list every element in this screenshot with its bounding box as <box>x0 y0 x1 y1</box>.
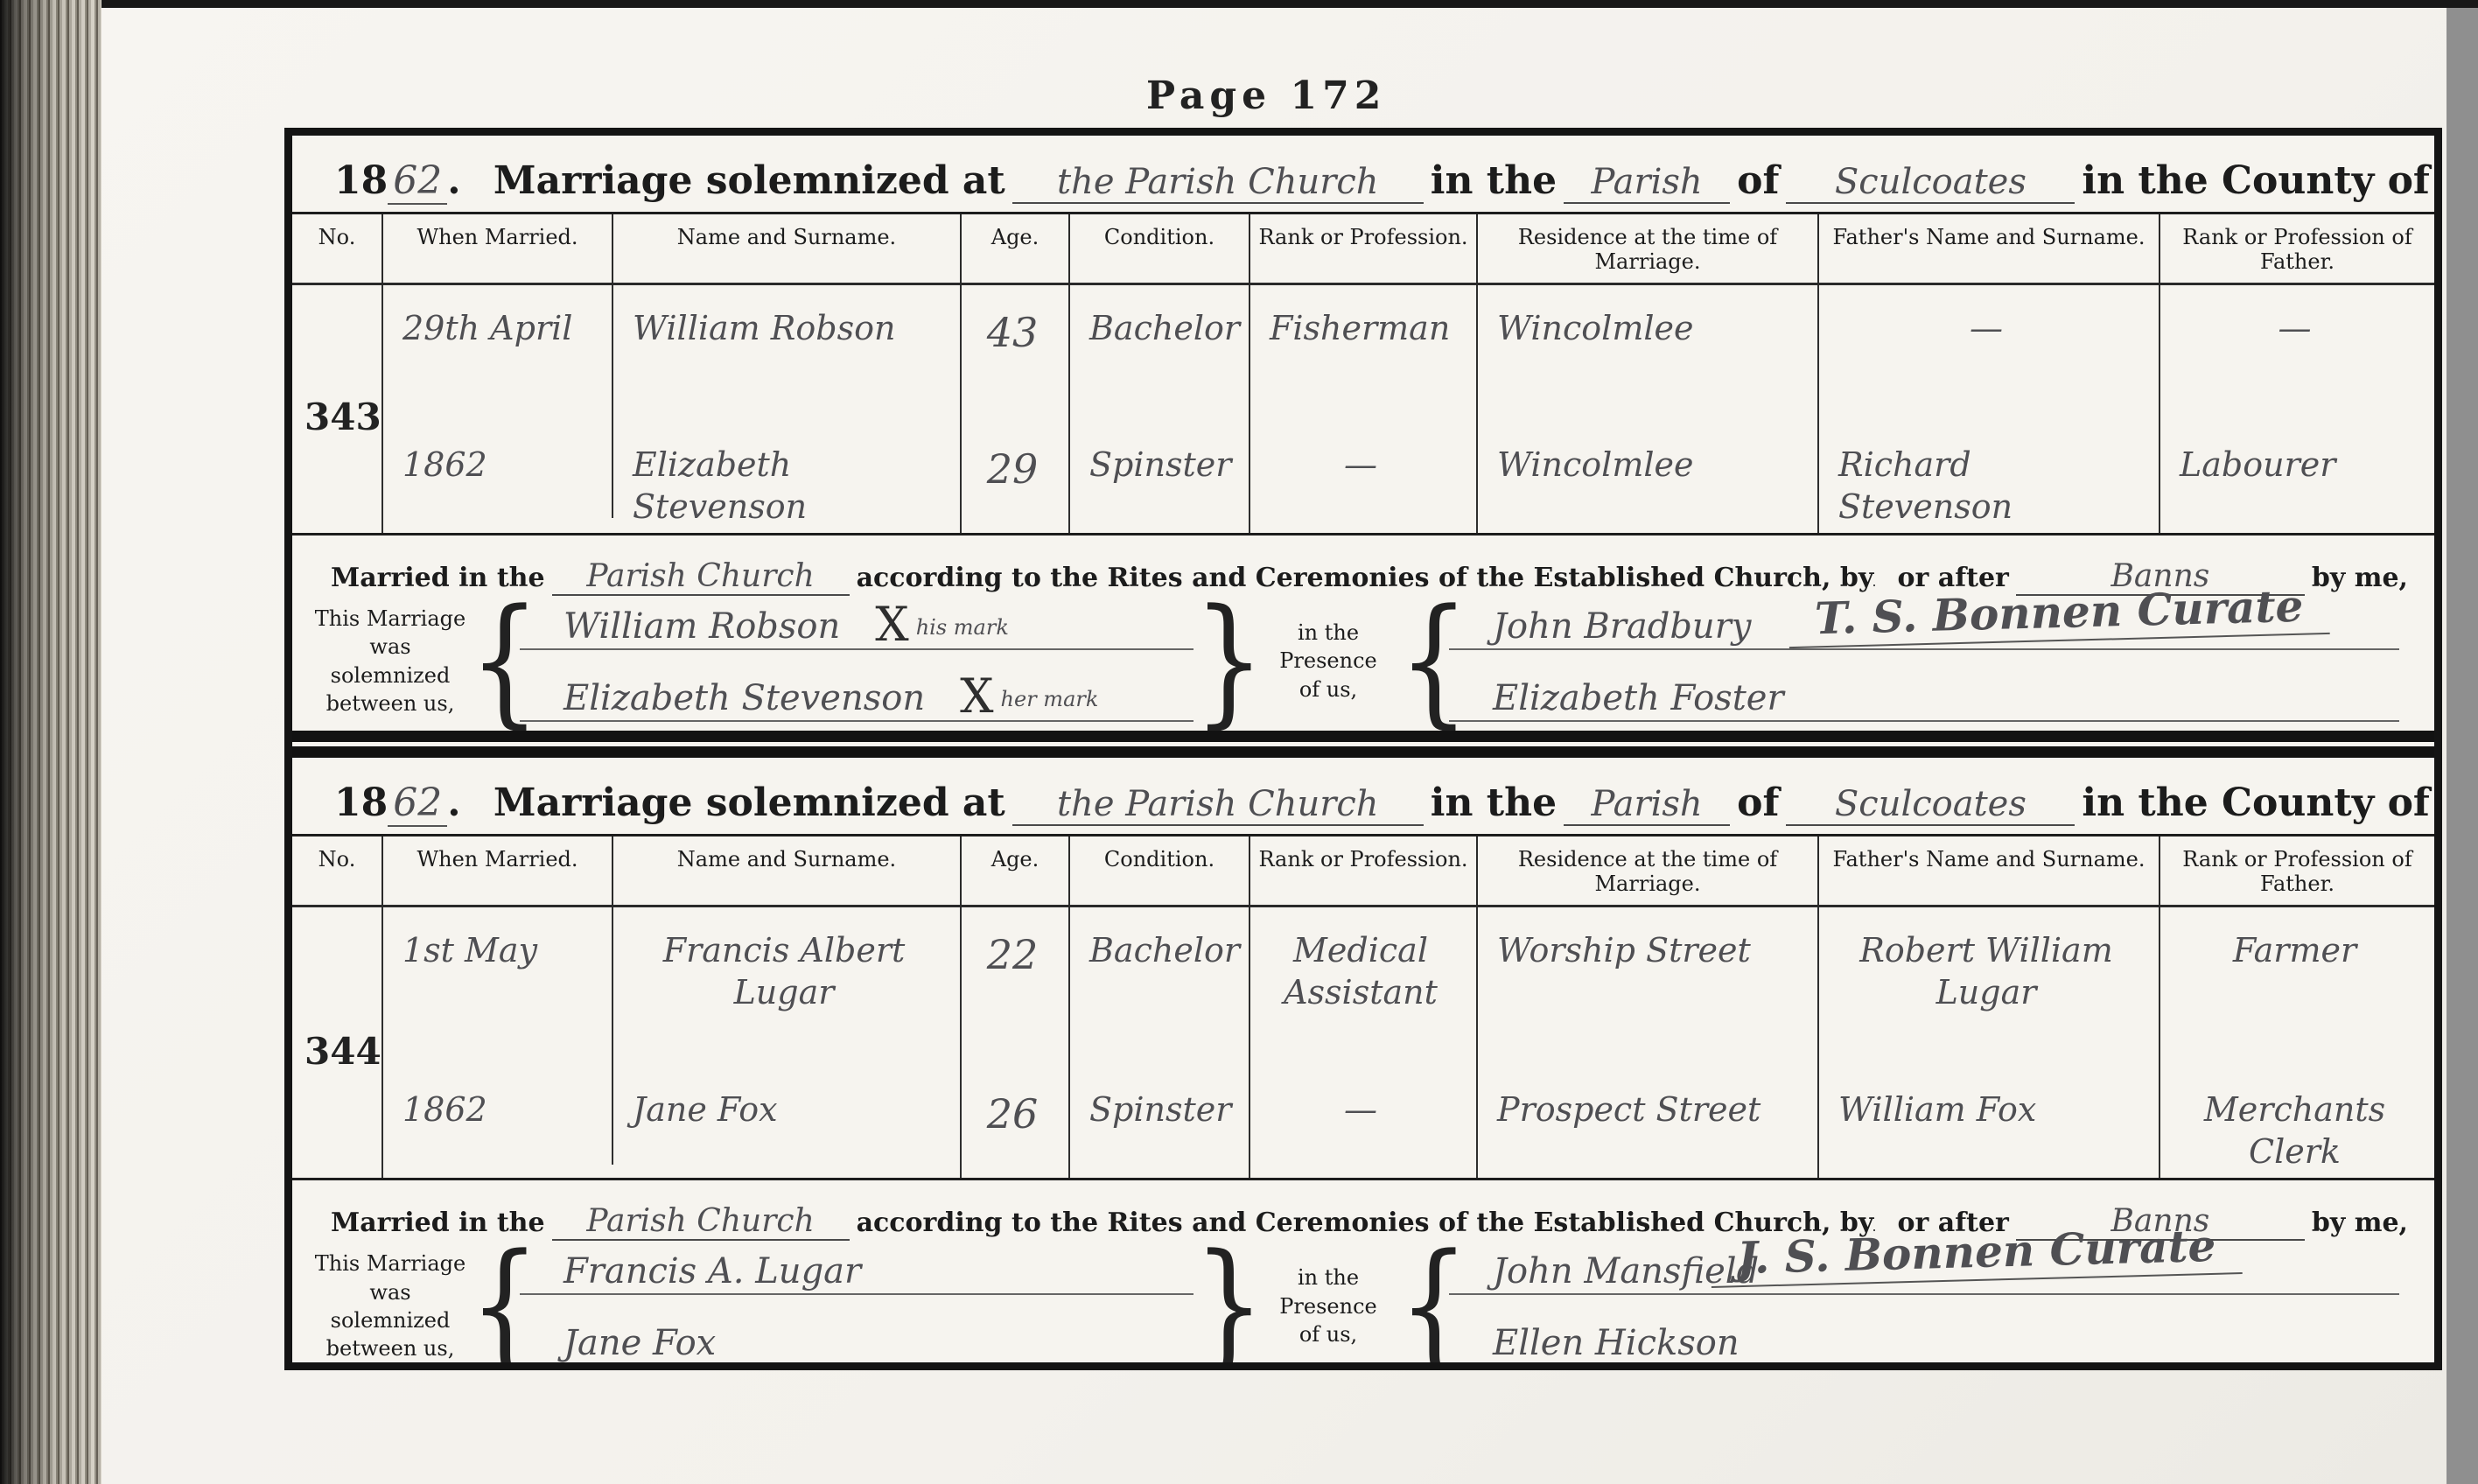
groom-name: William Robson <box>613 285 962 409</box>
groom-father: — <box>1819 285 2160 409</box>
column-header-age: Age. <box>962 836 1070 907</box>
column-header-when-married: When Married. <box>383 214 613 285</box>
groom-father: Robert William Lugar <box>1819 907 2160 1054</box>
by-blank <box>1873 584 1874 586</box>
bride-age: 29 <box>962 409 1070 533</box>
parish-word-handwritten: Parish <box>1564 784 1730 826</box>
presence-l3: of us, <box>1258 675 1398 703</box>
document-scan: Page 172 1862. Marriage solemnized at th… <box>0 0 2478 1484</box>
this-marriage-l3: between us, <box>311 1334 469 1362</box>
bride-father-rank: Merchants Clerk <box>2160 1054 2434 1178</box>
groom-when-married: 1st May <box>383 907 613 1054</box>
witness-2-signature: Ellen Hickson <box>1493 1323 1739 1362</box>
brace-left-2: { <box>1398 579 1449 731</box>
entry-number: 344 <box>292 907 383 1178</box>
year-handwritten: 62 <box>388 158 447 205</box>
column-header-residence: Residence at the time of Marriage. <box>1478 836 1819 907</box>
in-the-label: in the <box>1431 158 1557 203</box>
column-header-no: No. <box>292 214 383 285</box>
witness-1-signature: John Bradbury <box>1493 606 1751 647</box>
column-header-rank: Rank or Profession. <box>1250 836 1478 907</box>
this-marriage-label: This Marriage was solemnized between us, <box>311 1249 469 1362</box>
presence-l1: in the <box>1258 1263 1398 1291</box>
bride-residence: Wincolmlee <box>1478 409 1819 533</box>
groom-mark: X his mark <box>875 604 1009 647</box>
bride-when-married: 1862 <box>383 409 613 518</box>
presence-l3: of us, <box>1258 1320 1398 1348</box>
married-place-handwritten: Parish Church <box>552 558 850 596</box>
register-frame: 1862. Marriage solemnized at the Parish … <box>284 128 2442 1370</box>
column-header-residence: Residence at the time of Marriage. <box>1478 214 1819 285</box>
brace-right: } <box>1193 1225 1258 1362</box>
place-handwritten: the Parish Church <box>1012 784 1424 826</box>
in-the-label: in the <box>1431 780 1557 825</box>
column-header-when-married: When Married. <box>383 836 613 907</box>
year-handwritten: 62 <box>388 780 447 827</box>
rites-label: according to the Rites and Ceremonies of… <box>857 563 1874 593</box>
column-header-no: No. <box>292 836 383 907</box>
bride-residence: Prospect Street <box>1478 1054 1819 1178</box>
groom-father-rank: Farmer <box>2160 907 2434 1054</box>
mark-caption: his mark <box>916 615 1009 647</box>
witness-2-line: Elizabeth Foster <box>1449 673 2399 722</box>
bride-when-married: 1862 <box>383 1054 613 1165</box>
this-marriage-l3: between us, <box>311 689 469 717</box>
book-top-edge <box>0 0 2478 8</box>
column-header-father-rank: Rank or Profession of Father. <box>2160 214 2434 285</box>
record-divider <box>292 731 2434 758</box>
record-heading: 1862. Marriage solemnized at the Parish … <box>292 136 2434 212</box>
bride-signature-line: Elizabeth Stevenson X her mark <box>520 673 1193 722</box>
bride-condition: Spinster <box>1070 1054 1250 1178</box>
bride-mark: X her mark <box>960 675 1098 718</box>
groom-age: 22 <box>962 907 1070 1054</box>
column-header-condition: Condition. <box>1070 214 1250 285</box>
column-header-condition: Condition. <box>1070 836 1250 907</box>
this-marriage-l1: This Marriage <box>311 1249 469 1277</box>
divider-bar-bottom <box>292 746 2434 758</box>
column-header-name-surname: Name and Surname. <box>613 214 962 285</box>
bride-condition: Spinster <box>1070 409 1250 533</box>
year-prefix: 18 <box>334 780 388 825</box>
bride-father: Richard Stevenson <box>1819 409 2160 533</box>
county-of-label: in the County of <box>2082 158 2429 203</box>
mark-caption: her mark <box>1001 687 1099 718</box>
groom-signature-line: Francis A. Lugar <box>520 1246 1193 1295</box>
bride-signature: Jane Fox <box>563 1323 716 1362</box>
presence-l1: in the <box>1258 619 1398 647</box>
groom-age: 43 <box>962 285 1070 409</box>
county-of-label: in the County of <box>2082 780 2429 825</box>
groom-signature: Francis A. Lugar <box>563 1251 861 1291</box>
groom-condition: Bachelor <box>1070 907 1250 1054</box>
bride-age: 26 <box>962 1054 1070 1178</box>
marriage-record-343: 1862. Marriage solemnized at the Parish … <box>292 136 2434 731</box>
book-spine-page-edges <box>0 0 101 1484</box>
bride-rank: — <box>1250 1054 1478 1178</box>
bride-father: William Fox <box>1819 1054 2160 1178</box>
column-header-father: Father's Name and Surname. <box>1819 214 2160 285</box>
groom-signature-line: William Robson X his mark <box>520 601 1193 650</box>
solemnized-label: . Marriage solemnized at <box>447 158 1005 203</box>
spouse-signatures: William Robson X his mark Elizabeth Stev… <box>520 601 1193 722</box>
married-in-line: Married in the Parish Church according t… <box>292 535 2434 596</box>
parish-name-handwritten: Sculcoates <box>1786 784 2075 826</box>
presence-l2: Presence <box>1258 1292 1398 1320</box>
column-header-name-surname: Name and Surname. <box>613 836 962 907</box>
parish-word-handwritten: Parish <box>1564 162 1730 204</box>
groom-father-rank: — <box>2160 285 2434 409</box>
spouse-signatures: Francis A. Lugar Jane Fox <box>520 1246 1193 1362</box>
married-place-handwritten: Parish Church <box>552 1203 850 1241</box>
witness-2-line: Ellen Hickson <box>1449 1318 2399 1362</box>
year-prefix: 18 <box>334 158 388 203</box>
place-handwritten: the Parish Church <box>1012 162 1424 204</box>
parish-name-handwritten: Sculcoates <box>1786 162 2075 204</box>
bride-father-rank: Labourer <box>2160 409 2434 533</box>
brace-left: { <box>469 579 520 731</box>
bride-name: Jane Fox <box>613 1054 962 1178</box>
this-marriage-l1: This Marriage <box>311 605 469 633</box>
by-me-label: by me, <box>2312 1207 2408 1238</box>
column-header-father-rank: Rank or Profession of Father. <box>2160 836 2434 907</box>
x-mark: X <box>960 675 993 718</box>
groom-residence: Worship Street <box>1478 907 1819 1054</box>
column-header-age: Age. <box>962 214 1070 285</box>
marriage-record-344: 1862. Marriage solemnized at the Parish … <box>292 758 2434 1362</box>
record-table: No. When Married. Name and Surname. Age.… <box>292 212 2434 535</box>
groom-when-married: 29th April <box>383 285 613 409</box>
column-header-father: Father's Name and Surname. <box>1819 836 2160 907</box>
groom-rank: Fisherman <box>1250 285 1478 409</box>
groom-condition: Bachelor <box>1070 285 1250 409</box>
presence-label: in the Presence of us, <box>1258 619 1398 703</box>
married-in-line: Married in the Parish Church according t… <box>292 1180 2434 1241</box>
brace-left-2: { <box>1398 1225 1449 1362</box>
solemnized-label: . Marriage solemnized at <box>447 780 1005 825</box>
entry-number: 343 <box>292 285 383 533</box>
bride-signature: Elizabeth Stevenson <box>563 678 925 718</box>
this-marriage-l2: was solemnized <box>311 1278 469 1335</box>
page-number: Page 172 <box>1146 73 1386 118</box>
bride-signature-line: Jane Fox <box>520 1318 1193 1362</box>
bride-name: Elizabeth Stevenson <box>613 409 962 533</box>
bride-rank: — <box>1250 409 1478 533</box>
record-heading: 1862. Marriage solemnized at the Parish … <box>292 758 2434 834</box>
x-mark: X <box>875 604 908 647</box>
divider-bar-top <box>292 731 2434 742</box>
groom-name: Francis Albert Lugar <box>613 907 962 1054</box>
groom-signature: William Robson <box>563 606 840 647</box>
presence-l2: Presence <box>1258 647 1398 675</box>
brace-left: { <box>469 1225 520 1362</box>
groom-rank: Medical Assistant <box>1250 907 1478 1054</box>
this-marriage-label: This Marriage was solemnized between us, <box>311 605 469 718</box>
witness-2-signature: Elizabeth Foster <box>1493 678 1784 718</box>
of-label: of <box>1737 158 1779 203</box>
presence-label: in the Presence of us, <box>1258 1263 1398 1348</box>
of-label: of <box>1737 780 1779 825</box>
brace-right: } <box>1193 579 1258 731</box>
record-table: No. When Married. Name and Surname. Age.… <box>292 834 2434 1180</box>
this-marriage-l2: was solemnized <box>311 633 469 689</box>
groom-residence: Wincolmlee <box>1478 285 1819 409</box>
column-header-rank: Rank or Profession. <box>1250 214 1478 285</box>
